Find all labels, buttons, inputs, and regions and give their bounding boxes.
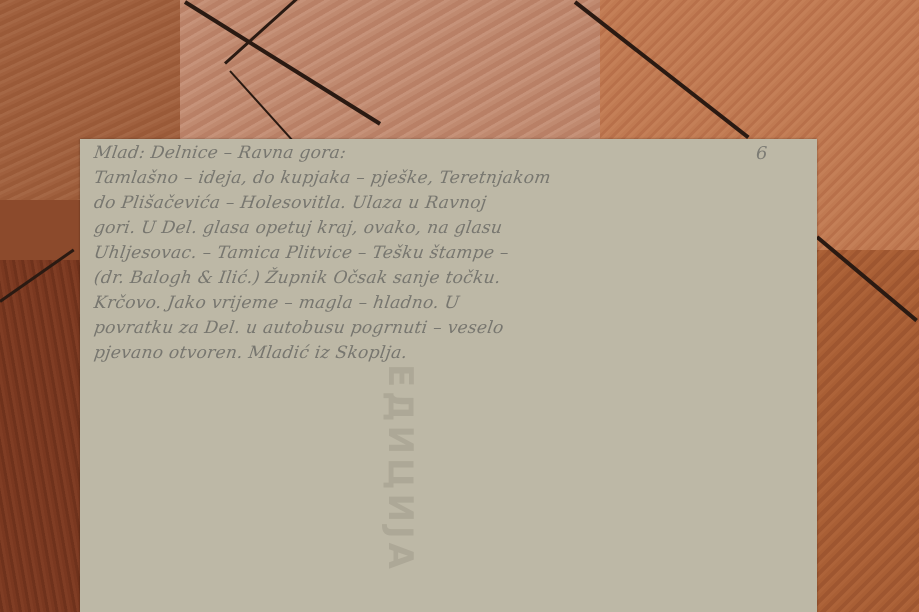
text-line: Krčovo. Jako vrijeme – magla – hladno. U [92,291,806,316]
faint-watermark: ЕДИЦИЈА [380,364,420,573]
text-line: pjevano otvoren. Mladić iz Skoplja. [92,341,806,366]
floor-plank [0,260,90,612]
text-line: Uhljesovac. – Tamica Plitvice – Tešku št… [92,241,806,266]
text-line: do Plišačevića – Holesovitla. Ulaza u Ra… [92,191,806,216]
text-line: Mlad: Delnice – Ravna gora: [92,141,806,166]
text-line: (dr. Balogh & Ilić.) Župnik Očsak sanje … [92,266,806,291]
text-line: Tamlašno – ideja, do kupjaka – pješke, T… [92,166,806,191]
floor-plank [810,250,919,612]
handwritten-text: Mlad: Delnice – Ravna gora: Tamlašno – i… [94,141,804,366]
text-line: povratku za Del. u autobusu pogrnuti – v… [92,316,806,341]
note-card: ЕДИЦИЈА 6 Mlad: Delnice – Ravna gora: Ta… [80,139,817,612]
text-line: gori. U Del. glasa opetuj kraj, ovako, n… [92,216,806,241]
